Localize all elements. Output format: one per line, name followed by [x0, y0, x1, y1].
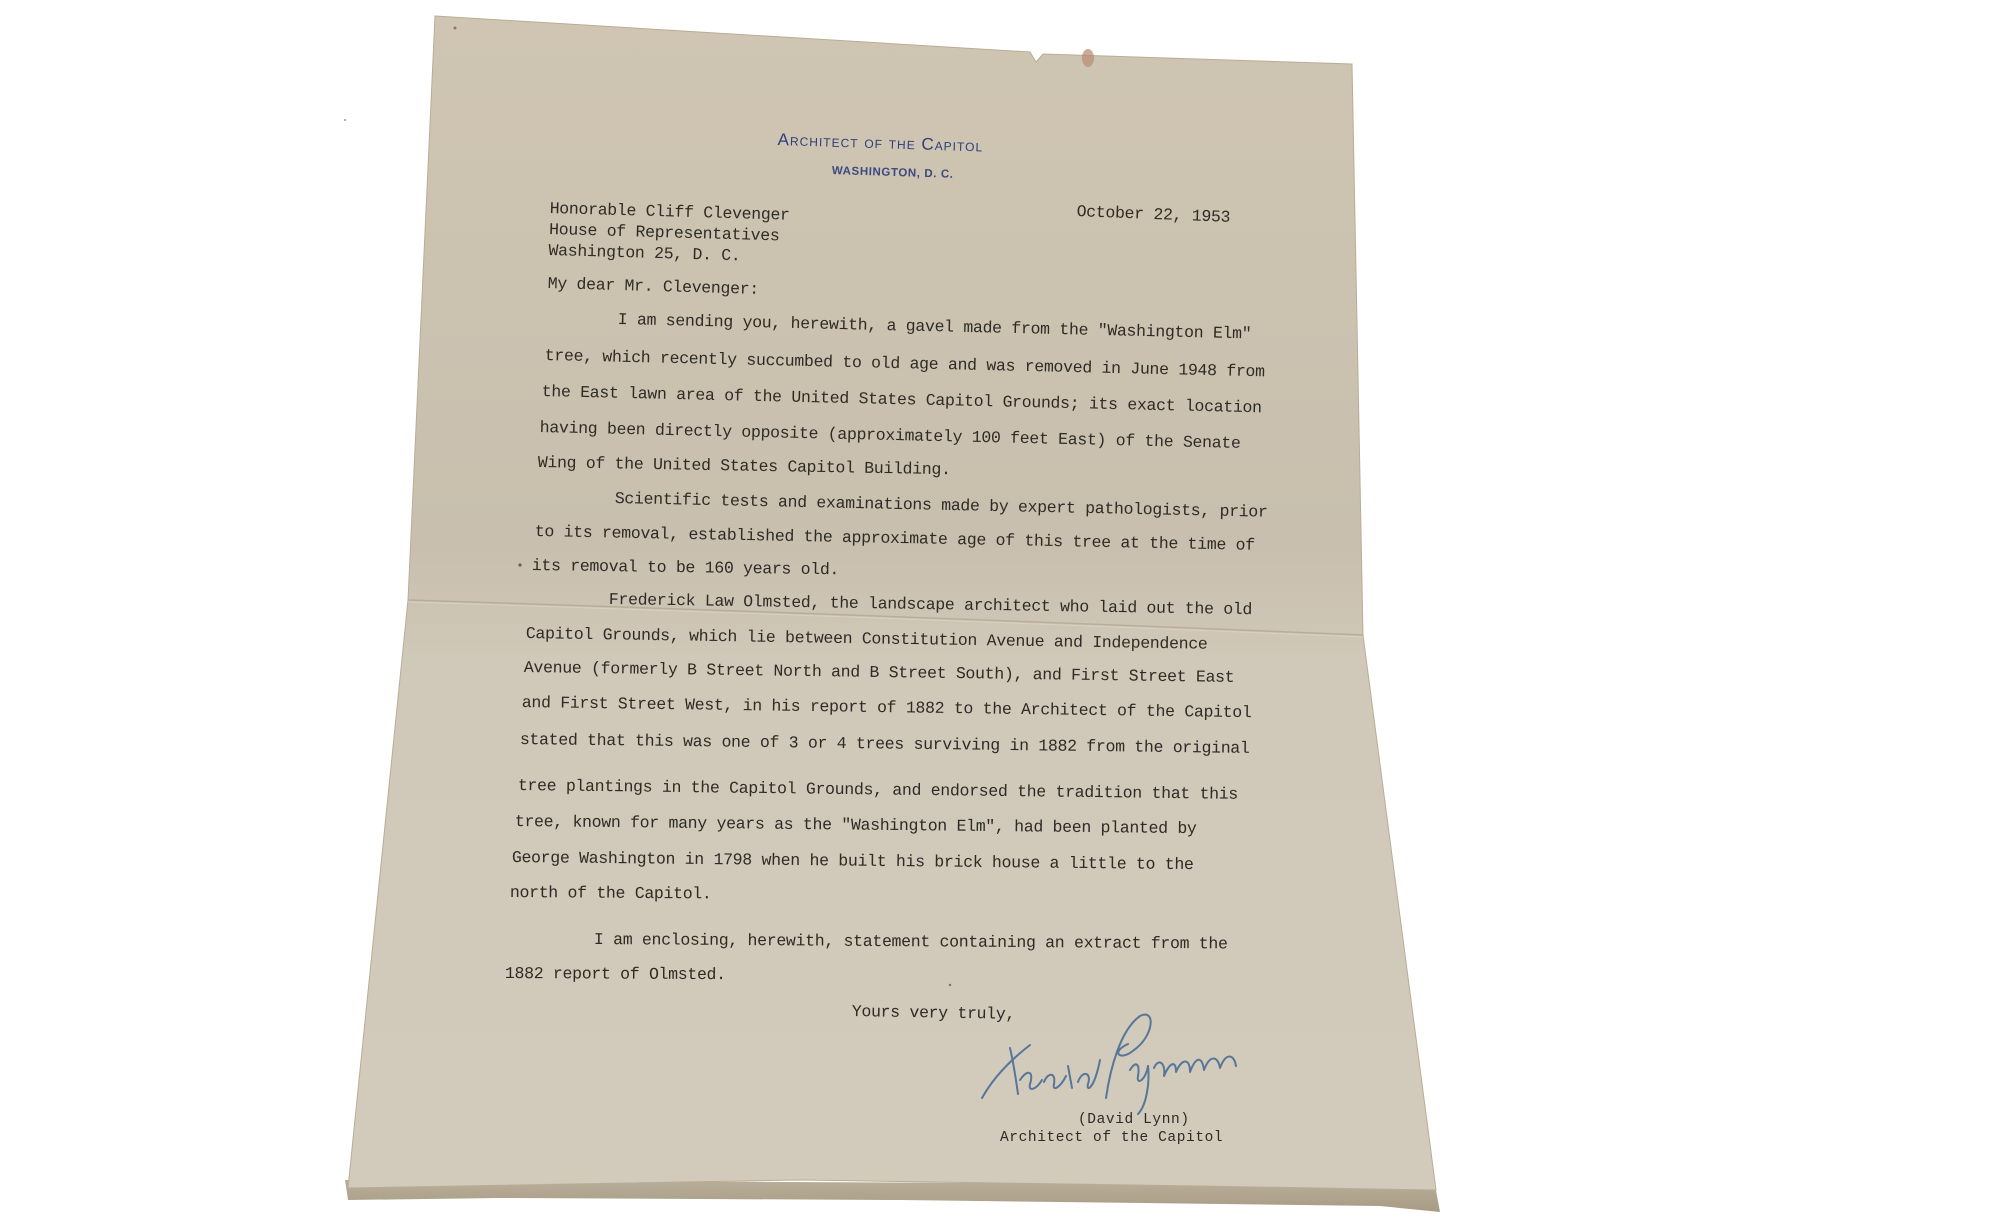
handwritten-signature [970, 1010, 1260, 1120]
typed-signer-name: (David Lynn) [1078, 1112, 1190, 1128]
typed-signer-title: Architect of the Capitol [1000, 1130, 1223, 1146]
letter-content: Architect of the Capitol WASHINGTON, D. … [0, 0, 1998, 1224]
recipient-address: Honorable Cliff Clevenger House of Repre… [548, 198, 790, 268]
body-line: its removal to be 160 years old. [532, 556, 840, 579]
body-line: I am enclosing, herewith, statement cont… [594, 930, 1228, 953]
letterhead-title: Architect of the Capitol [777, 130, 983, 156]
body-line: tree, which recently succumbed to old ag… [545, 346, 1265, 381]
body-line: the East lawn area of the United States … [542, 382, 1262, 417]
body-line: north of the Capitol. [510, 883, 712, 903]
body-line: Wing of the United States Capitol Buildi… [538, 453, 951, 479]
body-line: Frederick Law Olmsted, the landscape arc… [609, 590, 1253, 619]
body-line: Capitol Grounds, which lie between Const… [526, 624, 1208, 654]
body-line: tree plantings in the Capitol Grounds, a… [518, 776, 1238, 804]
body-line: Avenue (formerly B Street North and B St… [524, 658, 1235, 687]
body-line: 1882 report of Olmsted. [505, 964, 726, 984]
body-line: I am sending you, herewith, a gavel made… [618, 310, 1252, 343]
body-line: tree, known for many years as the "Washi… [515, 812, 1197, 838]
body-line: Scientific tests and examinations made b… [615, 489, 1268, 522]
body-line: George Washington in 1798 when he built … [512, 848, 1194, 874]
body-line: having been directly opposite (approxima… [540, 418, 1241, 453]
body-line: and First Street West, in his report of … [522, 693, 1252, 722]
letterhead-location: WASHINGTON, D. C. [832, 165, 954, 181]
salutation: My dear Mr. Clevenger: [547, 274, 759, 299]
body-line: to its removal, established the approxim… [535, 522, 1255, 555]
letter-date: October 22, 1953 [1076, 202, 1230, 227]
body-line: stated that this was one of 3 or 4 trees… [520, 730, 1250, 758]
